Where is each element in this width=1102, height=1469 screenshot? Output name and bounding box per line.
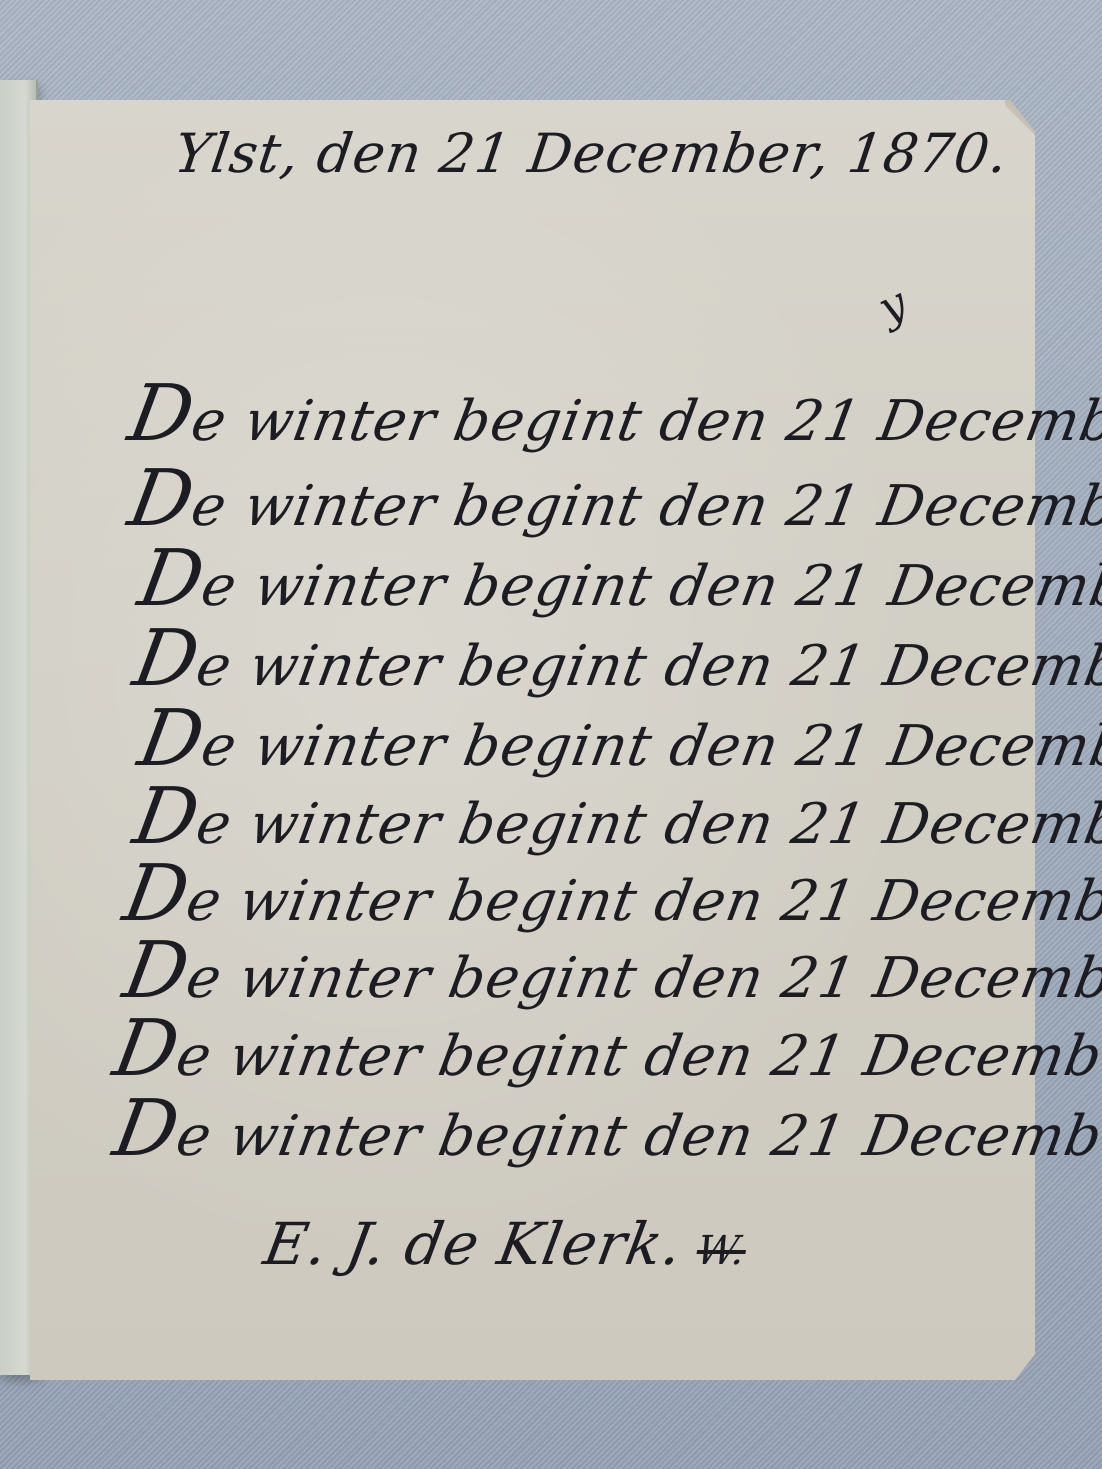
practice-line: De winter begint den 21 December.: [128, 778, 1102, 857]
practice-line: De winter begint den 21 December.: [128, 620, 1102, 699]
struck-through-text: W.: [693, 1228, 750, 1274]
practice-line: De winter begint den 21 December.: [118, 855, 1102, 934]
practice-line: De winter begint den 21 December.: [123, 460, 1102, 539]
practice-line: De winter begint den 21 December.: [108, 1090, 1102, 1169]
signature: E. J. de Klerk.W.: [259, 1210, 753, 1278]
document-heading-date: Ylst, den 21 December, 1870.: [171, 122, 1013, 185]
practice-line: De winter begint den 21 December.: [133, 700, 1102, 779]
signature-name: E. J. de Klerk.: [259, 1210, 688, 1278]
practice-line: De winter begint den 21 December.: [108, 1010, 1102, 1089]
practice-line: De winter begint den 21 December.: [123, 375, 1102, 454]
practice-line: De winter begint den 21 December.: [118, 932, 1102, 1011]
practice-line: De winter begint den 21 December.: [133, 540, 1102, 619]
